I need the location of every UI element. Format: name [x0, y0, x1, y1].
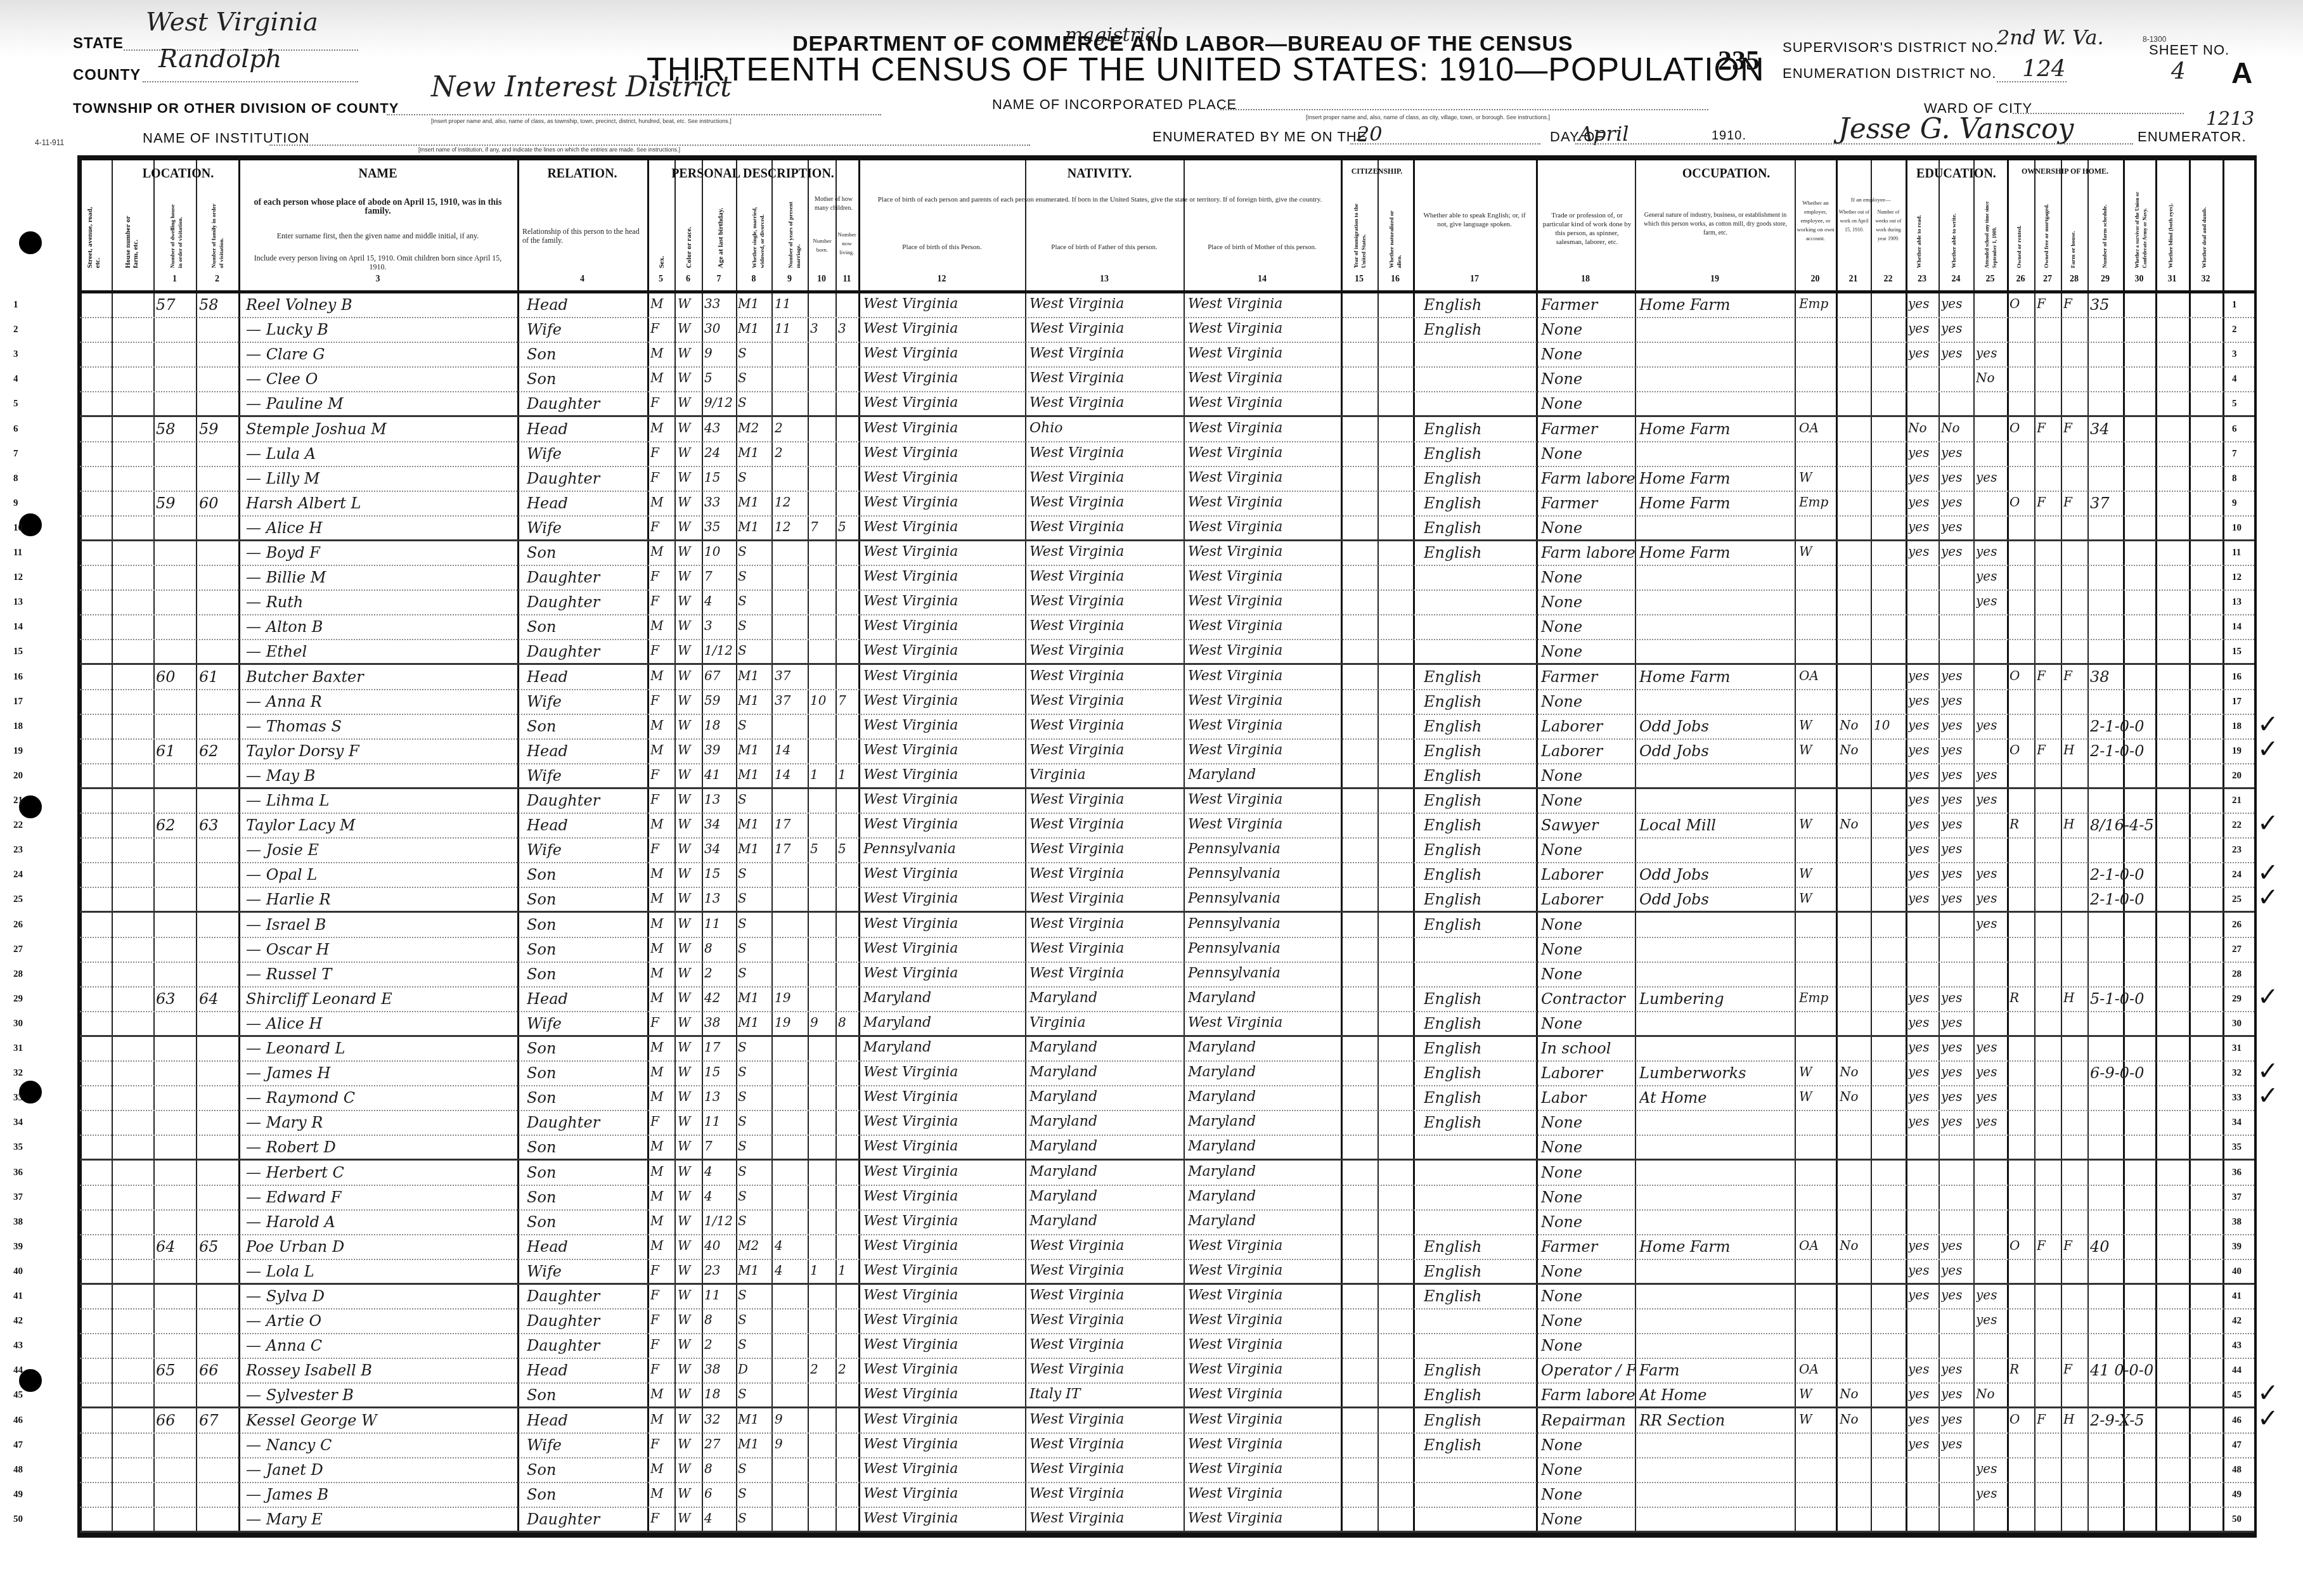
- cell-birthplace-person: West Virginia: [863, 345, 1025, 361]
- cell-age: 2: [704, 1337, 736, 1352]
- cell-can-read: yes: [1908, 321, 1939, 336]
- cell-marital-status: S: [738, 1039, 771, 1055]
- cell-can-read: yes: [1908, 296, 1939, 311]
- cell-industry: Lumberworks: [1639, 1064, 1795, 1082]
- cell-birthplace-person: West Virginia: [863, 1188, 1025, 1204]
- cell-person-name: Poe Urban D: [246, 1238, 515, 1256]
- header-years-married: Number of years of present marriage.: [787, 198, 802, 268]
- cell-attended-school: yes: [1976, 767, 2007, 782]
- line-number: 6: [2232, 424, 2237, 435]
- cell-age: 15: [704, 866, 736, 881]
- cell-birthplace-father: West Virginia: [1029, 345, 1184, 361]
- column-number: 4: [517, 274, 647, 285]
- cell-relation: Daughter: [527, 1337, 644, 1355]
- cell-owned-rented: R: [2009, 990, 2034, 1005]
- month-line: [1575, 143, 1740, 145]
- cell-attended-school: yes: [1976, 593, 2007, 608]
- cell-sex: F: [650, 1510, 674, 1526]
- cell-sex: M: [650, 420, 674, 435]
- cell-birthplace-mother: Maryland: [1188, 1188, 1341, 1204]
- cell-sex: M: [650, 618, 674, 633]
- line-number: 18: [2232, 721, 2242, 732]
- column-number: 2: [196, 274, 238, 285]
- cell-can-read: yes: [1908, 816, 1939, 832]
- cell-birthplace-mother: West Virginia: [1188, 668, 1341, 684]
- table-row: — Lucky BWifeFW30M11133West VirginiaWest…: [80, 318, 2254, 343]
- table-row: — Anna RWifeFW59M137107West VirginiaWest…: [80, 690, 2254, 715]
- cell-farm-or-house: F: [2063, 1238, 2087, 1253]
- line-number-left: 41: [13, 1291, 23, 1302]
- cell-children-living: 5: [838, 841, 858, 856]
- cell-age: 34: [704, 841, 736, 856]
- cell-birthplace-person: West Virginia: [863, 1089, 1025, 1105]
- line-number: 41: [2232, 1291, 2242, 1302]
- cell-can-read: yes: [1908, 1361, 1939, 1377]
- cell-birthplace-mother: West Virginia: [1188, 470, 1341, 486]
- cell-can-write: yes: [1941, 1287, 1973, 1303]
- line-number-left: 32: [13, 1068, 23, 1079]
- cell-language: English: [1424, 420, 1536, 438]
- cell-person-name: — Janet D: [246, 1461, 515, 1479]
- cell-marital-status: M1: [738, 321, 771, 336]
- cell-sex: M: [650, 544, 674, 559]
- day-line: [1350, 143, 1540, 145]
- header-relation-desc: Relationship of this person to the head …: [522, 227, 643, 245]
- cell-can-read: yes: [1908, 1039, 1939, 1055]
- cell-age: 8: [704, 1461, 736, 1476]
- cell-relation: Daughter: [527, 395, 644, 413]
- cell-relation: Head: [527, 1412, 644, 1429]
- cell-relation: Son: [527, 1486, 644, 1503]
- cell-person-name: — Lola L: [246, 1263, 515, 1280]
- cell-trade: None: [1541, 1213, 1635, 1231]
- cell-years-married: 2: [775, 445, 806, 460]
- cell-sex: M: [650, 718, 674, 733]
- cell-can-read: yes: [1908, 1238, 1939, 1253]
- cell-person-name: — Nancy C: [246, 1436, 515, 1454]
- cell-attended-school: yes: [1976, 891, 2007, 906]
- cell-marital-status: S: [738, 1064, 771, 1079]
- cell-marital-status: M1: [738, 1436, 771, 1451]
- cell-birthplace-father: West Virginia: [1029, 742, 1184, 758]
- cell-marital-status: M1: [738, 1263, 771, 1278]
- column-number: 24: [1939, 274, 1973, 285]
- cell-race: W: [678, 569, 702, 584]
- cell-birthplace-person: Maryland: [863, 990, 1025, 1006]
- cell-children-living: 5: [838, 519, 858, 534]
- cell-marital-status: M1: [738, 1412, 771, 1427]
- line-number: 39: [2232, 1242, 2242, 1252]
- header-name-instr2: Include every person living on April 15,…: [245, 254, 511, 271]
- cell-birthplace-person: West Virginia: [863, 544, 1025, 560]
- line-number: 36: [2232, 1168, 2242, 1178]
- cell-children-living: 3: [838, 321, 858, 336]
- cell-race: W: [678, 1337, 702, 1352]
- cell-person-name: — James H: [246, 1064, 515, 1082]
- line-number: 4: [2232, 374, 2237, 385]
- cell-marital-status: S: [738, 345, 771, 361]
- cell-trade: None: [1541, 941, 1635, 958]
- cell-birthplace-father: Maryland: [1029, 1039, 1184, 1055]
- cell-marital-status: M1: [738, 445, 771, 460]
- line-number-left: 18: [13, 721, 23, 732]
- line-number-left: 44: [13, 1365, 23, 1376]
- ward-line: [2013, 113, 2184, 114]
- cell-birthplace-mother: West Virginia: [1188, 395, 1341, 411]
- line-number: 43: [2232, 1341, 2242, 1351]
- cell-children-born: 1: [810, 1263, 835, 1278]
- header-farm-schedule: Number of farm schedule.: [2101, 198, 2108, 268]
- line-number-left: 3: [13, 349, 18, 360]
- cell-race: W: [678, 420, 702, 435]
- cell-birthplace-mother: West Virginia: [1188, 1238, 1341, 1254]
- cell-birthplace-person: West Virginia: [863, 1386, 1025, 1402]
- cell-can-read: yes: [1908, 792, 1939, 807]
- cell-age: 4: [704, 1510, 736, 1526]
- cell-person-name: — James B: [246, 1486, 515, 1503]
- table-row: — Alice HWifeFW38M11998MarylandVirginiaW…: [80, 1012, 2254, 1037]
- cell-dwelling-number: 63: [156, 990, 194, 1008]
- cell-race: W: [678, 816, 702, 832]
- cell-industry: Odd Jobs: [1639, 742, 1795, 760]
- table-row: — Mary EDaughterFW4SWest VirginiaWest Vi…: [80, 1508, 2254, 1533]
- cell-person-name: — Edward F: [246, 1188, 515, 1206]
- cell-sex: M: [650, 990, 674, 1005]
- cell-birthplace-person: West Virginia: [863, 1114, 1025, 1129]
- cell-trade: Laborer: [1541, 718, 1635, 735]
- cell-birthplace-person: West Virginia: [863, 916, 1025, 932]
- cell-person-name: — Alton B: [246, 618, 515, 636]
- cell-sex: M: [650, 1412, 674, 1427]
- cell-birthplace-father: West Virginia: [1029, 1461, 1184, 1477]
- cell-person-name: Rossey Isabell B: [246, 1361, 515, 1379]
- cell-years-married: 14: [775, 742, 806, 757]
- section-personal: PERSONAL DESCRIPTION.: [647, 167, 858, 181]
- header-children-living: Number now living.: [835, 230, 858, 257]
- cell-age: 7: [704, 1138, 736, 1154]
- cell-relation: Wife: [527, 767, 644, 785]
- cell-race: W: [678, 1238, 702, 1253]
- table-row: — James BSonMW6SWest VirginiaWest Virgin…: [80, 1483, 2254, 1508]
- cell-family-number: 60: [199, 494, 237, 512]
- cell-can-write: yes: [1941, 1089, 1973, 1104]
- cell-can-write: yes: [1941, 1386, 1973, 1401]
- cell-sex: M: [650, 296, 674, 311]
- cell-relation: Head: [527, 1238, 644, 1256]
- check-mark-icon: ✓: [2257, 809, 2279, 838]
- cell-race: W: [678, 742, 702, 757]
- table-row: 5758Reel Volney BHeadMW33M111West Virgin…: [80, 293, 2254, 318]
- line-number-left: 50: [13, 1514, 23, 1525]
- cell-birthplace-mother: West Virginia: [1188, 1312, 1341, 1328]
- line-number-left: 37: [13, 1192, 23, 1203]
- cell-trade: Farmer: [1541, 296, 1635, 314]
- line-number-left: 28: [13, 969, 23, 980]
- cell-language: English: [1424, 470, 1536, 487]
- cell-relation: Son: [527, 1164, 644, 1181]
- cell-relation: Son: [527, 1138, 644, 1156]
- cell-marital-status: S: [738, 569, 771, 584]
- cell-trade: Farmer: [1541, 494, 1635, 512]
- cell-employer-status: OA: [1799, 1238, 1836, 1253]
- cell-employer-status: Emp: [1799, 990, 1836, 1005]
- cell-age: 32: [704, 1412, 736, 1427]
- cell-can-write: yes: [1941, 519, 1973, 534]
- cell-language: English: [1424, 767, 1536, 785]
- row-rule: [80, 1531, 2254, 1533]
- cell-dwelling-number: 65: [156, 1361, 194, 1379]
- cell-language: English: [1424, 841, 1536, 859]
- cell-age: 11: [704, 1287, 736, 1303]
- cell-relation: Son: [527, 1213, 644, 1231]
- cell-attended-school: yes: [1976, 1461, 2007, 1476]
- cell-industry: Home Farm: [1639, 296, 1795, 314]
- cell-can-write: yes: [1941, 1361, 1973, 1377]
- check-mark-icon: ✓: [2257, 982, 2279, 1012]
- cell-trade: Farmer: [1541, 668, 1635, 686]
- cell-sex: F: [650, 1312, 674, 1327]
- cell-sex: M: [650, 1138, 674, 1154]
- cell-birthplace-person: West Virginia: [863, 941, 1025, 956]
- cell-language: English: [1424, 1015, 1536, 1033]
- cell-sex: F: [650, 519, 674, 534]
- cell-language: English: [1424, 1436, 1536, 1454]
- cell-person-name: — Israel B: [246, 916, 515, 934]
- cell-marital-status: S: [738, 1337, 771, 1352]
- cell-birthplace-father: West Virginia: [1029, 941, 1184, 956]
- township-label: TOWNSHIP OR OTHER DIVISION OF COUNTY: [73, 100, 399, 117]
- cell-relation: Son: [527, 1386, 644, 1404]
- cell-marital-status: S: [738, 718, 771, 733]
- cell-sex: M: [650, 1089, 674, 1104]
- enumerator-name: Jesse G. Vanscoy: [1838, 113, 2074, 145]
- cell-owned-rented: R: [2009, 1361, 2034, 1377]
- cell-marital-status: M1: [738, 1015, 771, 1030]
- cell-age: 5: [704, 370, 736, 385]
- sheet-value: 4: [2171, 58, 2186, 84]
- cell-birthplace-person: West Virginia: [863, 668, 1025, 684]
- line-number-left: 1: [13, 300, 18, 311]
- cell-industry: At Home: [1639, 1089, 1795, 1107]
- cell-trade: None: [1541, 792, 1635, 809]
- line-number-left: 2: [13, 325, 18, 335]
- cell-birthplace-father: Virginia: [1029, 767, 1184, 783]
- cell-attended-school: yes: [1976, 1486, 2007, 1501]
- cell-birthplace-mother: West Virginia: [1188, 643, 1341, 659]
- cell-person-name: — Anna R: [246, 693, 515, 711]
- line-number: 9: [2232, 498, 2237, 509]
- cell-age: 8: [704, 941, 736, 956]
- cell-birthplace-father: West Virginia: [1029, 1361, 1184, 1377]
- cell-birthplace-mother: West Virginia: [1188, 816, 1341, 832]
- cell-trade: Laborer: [1541, 1064, 1635, 1082]
- cell-birthplace-person: West Virginia: [863, 693, 1025, 709]
- cell-birthplace-father: West Virginia: [1029, 718, 1184, 733]
- cell-relation: Wife: [527, 1015, 644, 1033]
- cell-trade: None: [1541, 916, 1635, 934]
- cell-sex: F: [650, 321, 674, 336]
- cell-trade: None: [1541, 1486, 1635, 1503]
- cell-language: English: [1424, 718, 1536, 735]
- cell-sex: M: [650, 1238, 674, 1253]
- line-number-left: 16: [13, 672, 23, 683]
- line-number-left: 7: [13, 449, 18, 460]
- header-employer: Whether an employer, employee, or workin…: [1797, 198, 1835, 243]
- cell-marital-status: S: [738, 1213, 771, 1228]
- cell-employer-status: W: [1799, 544, 1836, 559]
- cell-relation: Son: [527, 544, 644, 562]
- cell-birthplace-father: West Virginia: [1029, 1287, 1184, 1303]
- cell-can-read: yes: [1908, 742, 1939, 757]
- cell-employer-status: OA: [1799, 668, 1836, 683]
- cell-birthplace-mother: West Virginia: [1188, 494, 1341, 510]
- line-number: 13: [2232, 597, 2242, 608]
- census-title: THIRTEENTH CENSUS OF THE UNITED STATES: …: [647, 51, 1765, 89]
- table-row: — Opal LSonMW15SWest VirginiaWest Virgin…: [80, 863, 2254, 888]
- cell-industry: Home Farm: [1639, 544, 1795, 562]
- cell-children-born: 9: [810, 1015, 835, 1030]
- table-row: — Clee OSonMW5SWest VirginiaWest Virgini…: [80, 368, 2254, 392]
- column-number: 19: [1635, 274, 1795, 285]
- cell-birthplace-person: West Virginia: [863, 1263, 1025, 1278]
- institution-line: [269, 145, 1030, 146]
- cell-birthplace-person: West Virginia: [863, 643, 1025, 659]
- cell-birthplace-father: West Virginia: [1029, 965, 1184, 981]
- section-ownership: OWNERSHIP OF HOME.: [2007, 167, 2123, 176]
- cell-trade: None: [1541, 1436, 1635, 1454]
- header-industry: General nature of industry, business, or…: [1639, 211, 1791, 238]
- cell-relation: Son: [527, 1039, 644, 1057]
- cell-trade: Farm laborer: [1541, 470, 1635, 487]
- cell-can-write: yes: [1941, 345, 1973, 361]
- cell-children-living: 8: [838, 1015, 858, 1030]
- cell-relation: Head: [527, 816, 644, 834]
- cell-employer-status: Emp: [1799, 494, 1836, 510]
- column-number: 26: [2007, 274, 2034, 285]
- cell-industry: Odd Jobs: [1639, 718, 1795, 735]
- cell-farm-schedule: 41 0-0-0: [2090, 1361, 2223, 1379]
- line-number: 50: [2232, 1514, 2242, 1525]
- line-number-left: 46: [13, 1415, 23, 1426]
- cell-relation: Wife: [527, 1436, 644, 1454]
- section-name: NAME: [238, 167, 517, 181]
- header-birth-father: Place of birth of Father of this person.: [1028, 243, 1181, 252]
- cell-birthplace-father: West Virginia: [1029, 693, 1184, 709]
- line-number: 3: [2232, 349, 2237, 360]
- cell-years-married: 37: [775, 693, 806, 708]
- line-number: 30: [2232, 1019, 2242, 1029]
- cell-relation: Head: [527, 296, 644, 314]
- cell-employer-status: W: [1799, 866, 1836, 881]
- cell-marital-status: S: [738, 941, 771, 956]
- cell-can-write: yes: [1941, 742, 1973, 757]
- cell-birthplace-mother: West Virginia: [1188, 792, 1341, 808]
- cell-person-name: — Thomas S: [246, 718, 515, 735]
- cell-children-living: 1: [838, 1263, 858, 1278]
- cell-children-living: 1: [838, 767, 858, 782]
- cell-sex: F: [650, 1015, 674, 1030]
- cell-out-of-work: No: [1840, 1064, 1871, 1079]
- cell-can-read: yes: [1908, 1089, 1939, 1104]
- cell-race: W: [678, 1138, 702, 1154]
- cell-can-write: yes: [1941, 1263, 1973, 1278]
- header-weeks-out: Number of weeks out of work during year …: [1872, 208, 1905, 243]
- cell-sex: M: [650, 345, 674, 361]
- cell-age: 10: [704, 544, 736, 559]
- cell-industry: Lumbering: [1639, 990, 1795, 1008]
- cell-person-name: — May B: [246, 767, 515, 785]
- line-number: 31: [2232, 1043, 2242, 1054]
- cell-language: English: [1424, 792, 1536, 809]
- line-number: 40: [2232, 1266, 2242, 1277]
- cell-out-of-work: No: [1840, 1386, 1871, 1401]
- cell-birthplace-person: West Virginia: [863, 767, 1025, 783]
- header-birth-person: Place of birth of this Person.: [861, 243, 1023, 252]
- cell-attended-school: yes: [1976, 916, 2007, 931]
- cell-trade: None: [1541, 519, 1635, 537]
- cell-person-name: — Anna C: [246, 1337, 515, 1355]
- table-row: — Josie EWifeFW34M11755PennsylvaniaWest …: [80, 839, 2254, 863]
- cell-language: English: [1424, 1039, 1536, 1057]
- cell-can-write: yes: [1941, 816, 1973, 832]
- cell-employer-status: W: [1799, 1064, 1836, 1079]
- line-number-left: 24: [13, 870, 23, 880]
- cell-sex: F: [650, 395, 674, 410]
- cell-can-read: yes: [1908, 1015, 1939, 1030]
- line-number: 32: [2232, 1068, 2242, 1079]
- cell-birthplace-mother: Maryland: [1188, 1064, 1341, 1080]
- cell-marital-status: S: [738, 1188, 771, 1204]
- table-row: — May BWifeFW41M11411West VirginiaVirgin…: [80, 764, 2254, 789]
- cell-sex: M: [650, 1188, 674, 1204]
- cell-dwelling-number: 60: [156, 668, 194, 686]
- cell-language: English: [1424, 1238, 1536, 1256]
- township-note: [Insert proper name and, also, name of c…: [431, 118, 732, 124]
- cell-attended-school: yes: [1976, 866, 2007, 881]
- line-number: 11: [2232, 548, 2241, 558]
- state-value: West Virginia: [146, 8, 318, 37]
- cell-can-write: yes: [1941, 1064, 1973, 1079]
- cell-attended-school: yes: [1976, 569, 2007, 584]
- table-row: — Raymond CSonMW13SWest VirginiaMaryland…: [80, 1086, 2254, 1111]
- cell-person-name: — Mary R: [246, 1114, 515, 1131]
- cell-birthplace-person: West Virginia: [863, 1164, 1025, 1180]
- header-deaf: Whether deaf and dumb.: [2200, 170, 2208, 268]
- cell-can-write: yes: [1941, 544, 1973, 559]
- cell-farm-schedule: 6-9-0-0: [2090, 1064, 2223, 1082]
- enumeration-line: [1997, 81, 2067, 82]
- cell-can-read: yes: [1908, 693, 1939, 708]
- cell-birthplace-person: West Virginia: [863, 296, 1025, 312]
- cell-owned-rented: O: [2009, 494, 2034, 510]
- cell-sex: M: [650, 1386, 674, 1401]
- line-number: 25: [2232, 894, 2242, 905]
- cell-sex: M: [650, 816, 674, 832]
- header-mother-of: Mother of how many children.: [809, 195, 858, 213]
- cell-birthplace-mother: West Virginia: [1188, 370, 1341, 386]
- cell-birthplace-person: West Virginia: [863, 1461, 1025, 1477]
- cell-farm-or-house: H: [2063, 990, 2087, 1005]
- cell-birthplace-father: West Virginia: [1029, 544, 1184, 560]
- cell-race: W: [678, 1386, 702, 1401]
- cell-birthplace-father: West Virginia: [1029, 1510, 1184, 1526]
- column-number: 17: [1413, 274, 1536, 285]
- cell-children-born: 2: [810, 1361, 835, 1377]
- line-number-left: 15: [13, 647, 23, 657]
- cell-language: English: [1424, 693, 1536, 711]
- cell-can-read: yes: [1908, 1412, 1939, 1427]
- table-row: — Lihma LDaughterFW13SWest VirginiaWest …: [80, 789, 2254, 814]
